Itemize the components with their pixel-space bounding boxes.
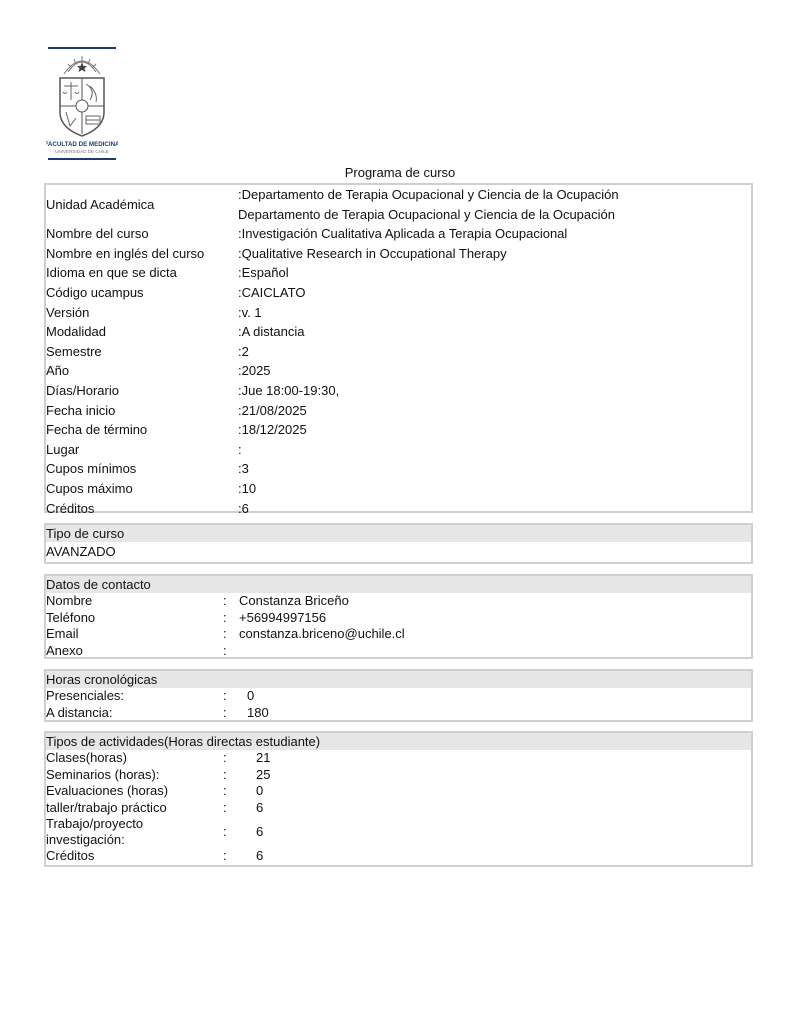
info-label: Fecha inicio xyxy=(46,401,238,421)
info-label: Unidad Académica xyxy=(46,185,238,224)
separator: : xyxy=(223,767,256,784)
info-value: :21/08/2025 xyxy=(238,401,751,421)
info-value: :3 xyxy=(238,459,751,479)
svg-text:FACULTAD DE MEDICINA: FACULTAD DE MEDICINA xyxy=(46,141,118,148)
info-value: :A distancia xyxy=(238,322,751,342)
section-heading: Horas cronológicas xyxy=(46,671,751,688)
hours-value: 0 xyxy=(239,688,751,705)
activity-label: taller/trabajo práctico xyxy=(46,800,223,817)
info-row: Año:2025 xyxy=(46,361,751,381)
info-value: : xyxy=(238,440,751,460)
faculty-logo: FACULTAD DE MEDICINA UNIVERSIDAD DE CHIL… xyxy=(46,46,118,162)
info-value: :2025 xyxy=(238,361,751,381)
contact-extension xyxy=(239,643,751,660)
course-type-section: Tipo de curso AVANZADO xyxy=(44,523,753,564)
hours-label: A distancia: xyxy=(46,705,223,722)
info-row: Idioma en que se dicta:Español xyxy=(46,263,751,283)
info-value: :v. 1 xyxy=(238,303,751,323)
contact-section: Datos de contacto Nombre:Constanza Brice… xyxy=(44,574,753,659)
separator: : xyxy=(223,705,239,722)
faculty-crest-icon: FACULTAD DE MEDICINA UNIVERSIDAD DE CHIL… xyxy=(46,46,118,162)
activity-label: Trabajo/proyecto investigación: xyxy=(46,816,166,848)
hours-section: Horas cronológicas Presenciales::0 A dis… xyxy=(44,669,753,722)
activity-label: Créditos xyxy=(46,848,223,865)
info-label: Lugar xyxy=(46,440,238,460)
contact-row: Nombre:Constanza Briceño xyxy=(46,593,751,610)
activity-value: 6 xyxy=(256,800,751,817)
svg-text:UNIVERSIDAD DE CHILE: UNIVERSIDAD DE CHILE xyxy=(55,149,109,154)
info-row: Cupos mínimos:3 xyxy=(46,459,751,479)
contact-row: Email:constanza.briceno@uchile.cl xyxy=(46,626,751,643)
activity-value: 6 xyxy=(256,848,751,865)
info-row: Versión:v. 1 xyxy=(46,303,751,323)
activity-value: 6 xyxy=(256,824,751,841)
info-row: Fecha de término:18/12/2025 xyxy=(46,420,751,440)
contact-label: Teléfono xyxy=(46,610,223,627)
hours-row: Presenciales::0 xyxy=(46,688,751,705)
document-title: Programa de curso xyxy=(0,165,800,181)
course-info-table: Unidad Académica :Departamento de Terapi… xyxy=(44,183,753,513)
section-heading: Tipo de curso xyxy=(46,525,751,542)
separator: : xyxy=(223,626,239,643)
activity-row: taller/trabajo práctico:6 xyxy=(46,800,751,817)
activity-label: Evaluaciones (horas) xyxy=(46,783,223,800)
contact-phone: +56994997156 xyxy=(239,610,751,627)
info-label: Idioma en que se dicta xyxy=(46,263,238,283)
info-label: Créditos xyxy=(46,499,238,519)
contact-label: Anexo xyxy=(46,643,223,660)
info-label: Fecha de término xyxy=(46,420,238,440)
info-label: Cupos máximo xyxy=(46,479,238,499)
info-row-unidad-academica: Unidad Académica :Departamento de Terapi… xyxy=(46,185,751,224)
info-value: :Departamento de Terapia Ocupacional y C… xyxy=(238,185,751,224)
info-value: :6 xyxy=(238,499,751,519)
contact-row: Teléfono:+56994997156 xyxy=(46,610,751,627)
info-value: :18/12/2025 xyxy=(238,420,751,440)
info-value-line2: Departamento de Terapia Ocupacional y Ci… xyxy=(238,205,751,225)
info-value: :Investigación Cualitativa Aplicada a Te… xyxy=(238,224,751,244)
info-row: Modalidad:A distancia xyxy=(46,322,751,342)
activity-row: Clases(horas):21 xyxy=(46,750,751,767)
contact-row: Anexo: xyxy=(46,643,751,660)
contact-name: Constanza Briceño xyxy=(239,593,751,610)
info-row: Cupos máximo:10 xyxy=(46,479,751,499)
separator: : xyxy=(223,783,256,800)
section-heading: Tipos de actividades(Horas directas estu… xyxy=(46,733,751,750)
info-value: :Español xyxy=(238,263,751,283)
activity-row: Evaluaciones (horas):0 xyxy=(46,783,751,800)
info-label: Versión xyxy=(46,303,238,323)
info-label: Nombre del curso xyxy=(46,224,238,244)
activity-row: Trabajo/proyecto investigación::6 xyxy=(46,816,751,848)
separator: : xyxy=(223,593,239,610)
info-row: Nombre del curso:Investigación Cualitati… xyxy=(46,224,751,244)
hours-label: Presenciales: xyxy=(46,688,223,705)
info-value-line1: :Departamento de Terapia Ocupacional y C… xyxy=(238,185,751,205)
activity-label: Clases(horas) xyxy=(46,750,223,767)
activity-row: Créditos:6 xyxy=(46,848,751,865)
hours-row: A distancia::180 xyxy=(46,705,751,722)
section-heading: Datos de contacto xyxy=(46,576,751,593)
info-label: Semestre xyxy=(46,342,238,362)
info-row: Nombre en inglés del curso:Qualitative R… xyxy=(46,244,751,264)
contact-label: Email xyxy=(46,626,223,643)
contact-label: Nombre xyxy=(46,593,223,610)
separator: : xyxy=(223,800,256,817)
info-row: Semestre:2 xyxy=(46,342,751,362)
course-type-value: AVANZADO xyxy=(46,542,751,561)
activity-value: 0 xyxy=(256,783,751,800)
info-row: Créditos:6 xyxy=(46,499,751,519)
info-label: Días/Horario xyxy=(46,381,238,401)
info-value: :Qualitative Research in Occupational Th… xyxy=(238,244,751,264)
info-label: Cupos mínimos xyxy=(46,459,238,479)
separator: : xyxy=(223,824,256,841)
info-label: Código ucampus xyxy=(46,283,238,303)
info-value: :10 xyxy=(238,479,751,499)
info-row: Días/Horario:Jue 18:00-19:30, xyxy=(46,381,751,401)
activity-label: Seminarios (horas): xyxy=(46,767,223,784)
activity-value: 21 xyxy=(256,750,751,767)
info-row: Lugar: xyxy=(46,440,751,460)
separator: : xyxy=(223,750,256,767)
info-label: Modalidad xyxy=(46,322,238,342)
separator: : xyxy=(223,643,239,660)
contact-email: constanza.briceno@uchile.cl xyxy=(239,626,751,643)
separator: : xyxy=(223,610,239,627)
info-row: Fecha inicio:21/08/2025 xyxy=(46,401,751,421)
activities-section: Tipos de actividades(Horas directas estu… xyxy=(44,731,753,867)
info-label: Año xyxy=(46,361,238,381)
info-value: :2 xyxy=(238,342,751,362)
info-value: :Jue 18:00-19:30, xyxy=(238,381,751,401)
hours-value: 180 xyxy=(239,705,751,722)
activity-value: 25 xyxy=(256,767,751,784)
activity-row: Seminarios (horas)::25 xyxy=(46,767,751,784)
separator: : xyxy=(223,688,239,705)
info-label: Nombre en inglés del curso xyxy=(46,244,238,264)
info-row: Código ucampus:CAICLATO xyxy=(46,283,751,303)
separator: : xyxy=(223,848,256,865)
info-value: :CAICLATO xyxy=(238,283,751,303)
